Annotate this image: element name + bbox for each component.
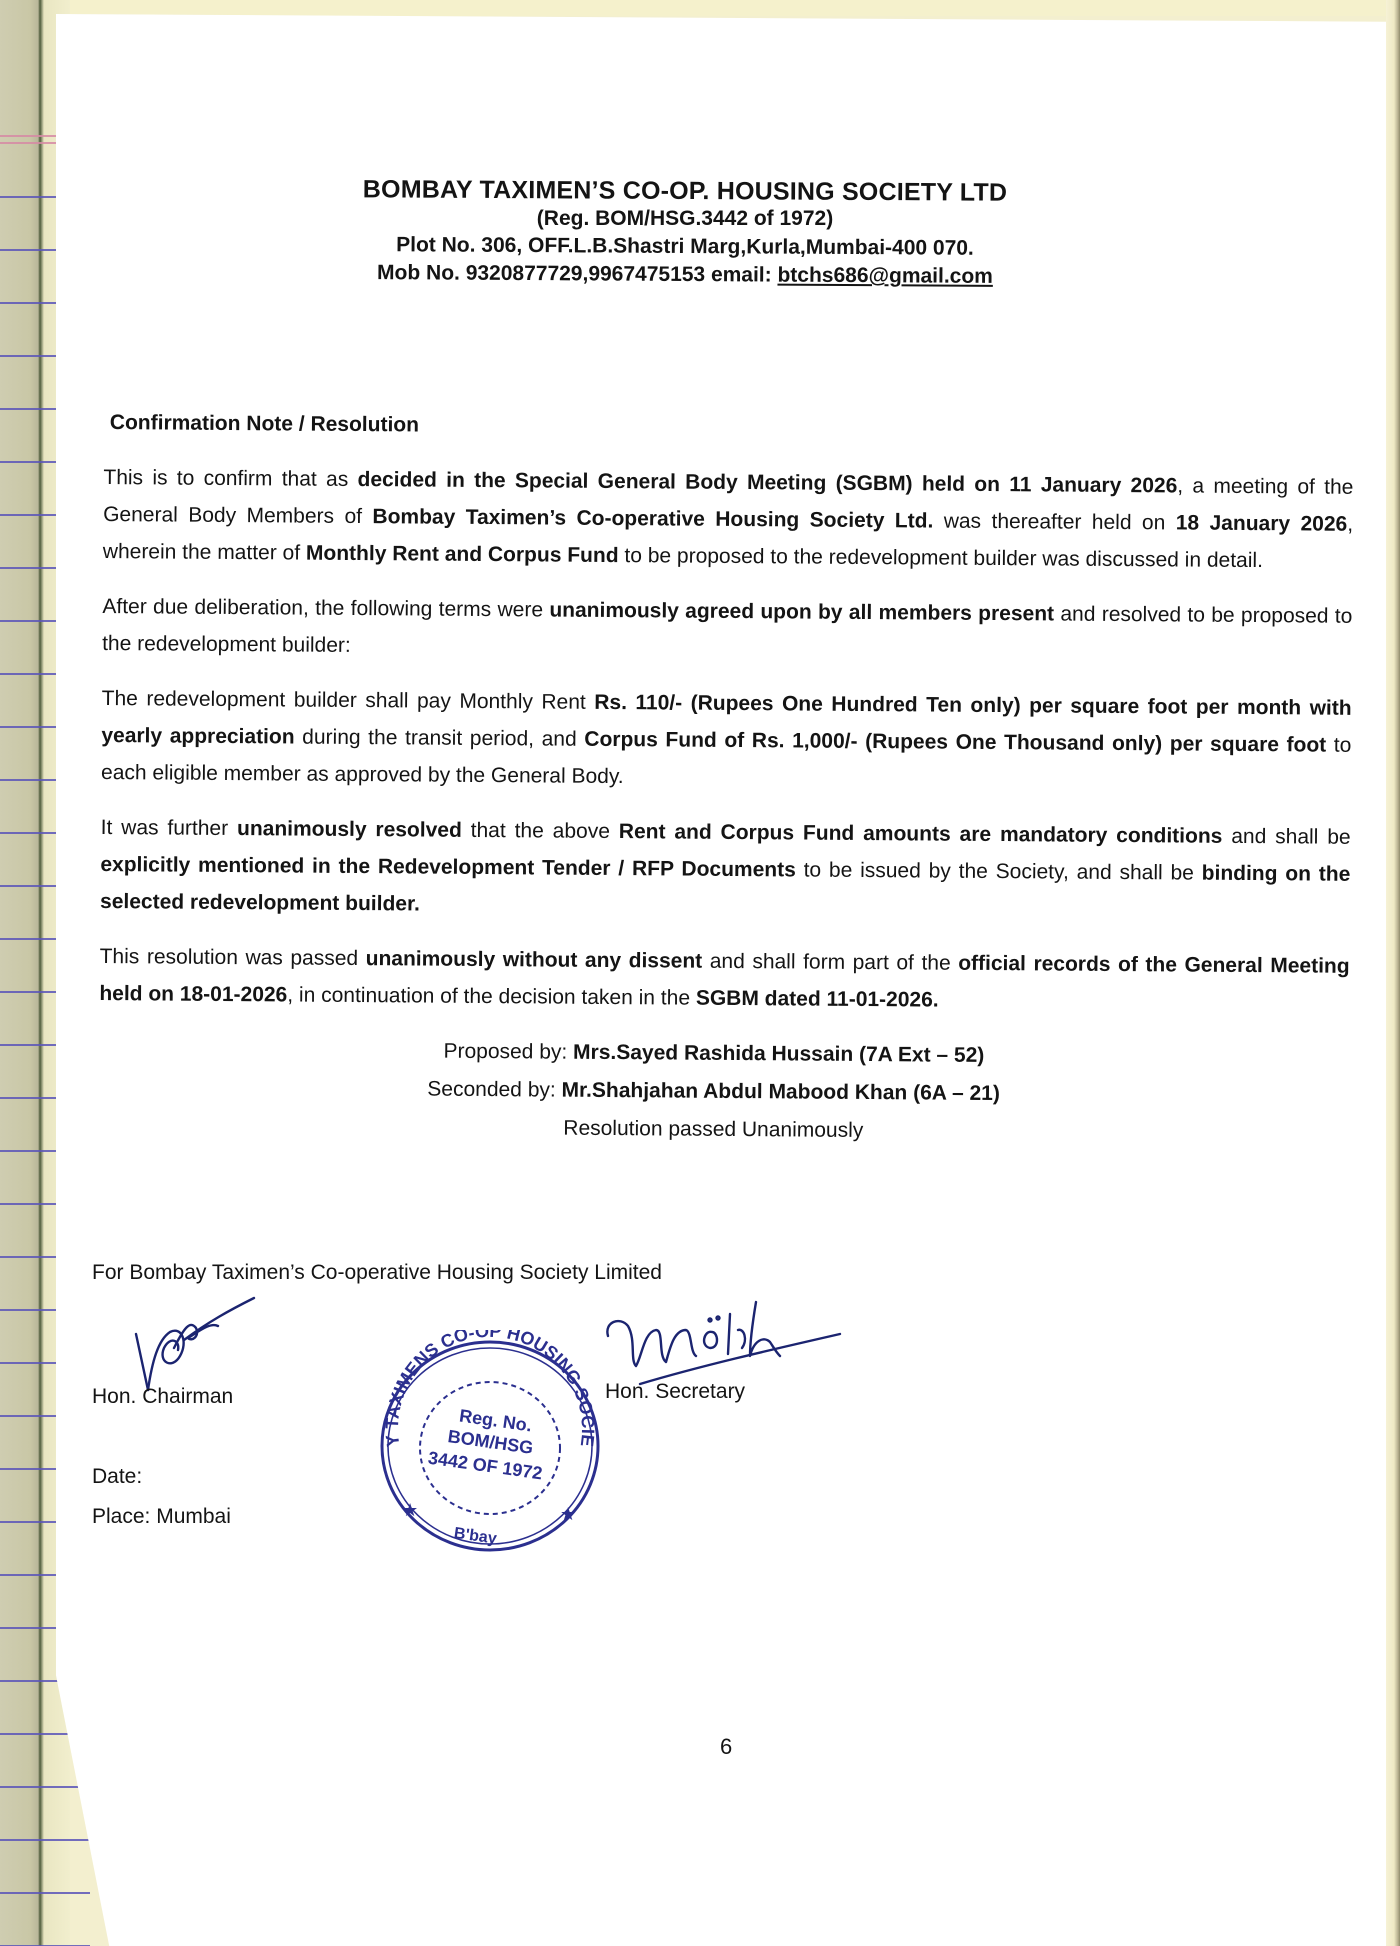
phone-numbers: Mob No. 9320877729,9967475153 email:	[377, 261, 778, 286]
notebook-ruled-line	[0, 1892, 90, 1894]
resolution-paragraphs: This is to confirm that as decided in th…	[99, 459, 1353, 1022]
letterhead: BOMBAY TAXIMEN’S CO-OP. HOUSING SOCIETY …	[0, 176, 1400, 289]
closing-line: For Bombay Taximen’s Co-operative Housin…	[92, 1258, 662, 1288]
signers-block: Proposed by: Mrs.Sayed Rashida Hussain (…	[88, 1030, 1339, 1154]
notebook-ruled-line	[0, 1786, 90, 1788]
resolution-paragraph: It was further unanimously resolved that…	[100, 809, 1351, 930]
society-stamp: BOMBAY TAXIMENS CO-OP HOUSING SOCIETY LT…	[370, 1330, 610, 1560]
resolution-body: Confirmation Note / Resolution This is t…	[98, 404, 1354, 1154]
email-link[interactable]: btchs686@gmail.com	[777, 264, 993, 288]
proposed-by-name: Mrs.Sayed Rashida Hussain (7A Ext – 52)	[573, 1041, 984, 1067]
notebook-ruled-line	[0, 1839, 90, 1841]
resolution-paragraph: After due deliberation, the following te…	[102, 588, 1353, 672]
seconded-by-label: Seconded by:	[427, 1078, 561, 1102]
stamp-star-right: ★	[560, 1504, 576, 1524]
resolution-paragraph: The redevelopment builder shall pay Mont…	[101, 680, 1352, 801]
resolution-paragraph: This resolution was passed unanimously w…	[99, 938, 1350, 1022]
stamp-star-left: ★	[402, 1500, 418, 1520]
date-label: Date:	[92, 1465, 142, 1489]
organization-name: BOMBAY TAXIMEN’S CO-OP. HOUSING SOCIETY …	[0, 172, 1385, 209]
page-number: 6	[720, 1734, 732, 1760]
place-label: Place: Mumbai	[92, 1505, 231, 1529]
secretary-label: Hon. Secretary	[605, 1380, 745, 1404]
paper-top-edge	[0, 0, 1400, 16]
paper-right-edge	[1386, 0, 1400, 1946]
seconded-by-name: Mr.Shahjahan Abdul Mabood Khan (6A – 21)	[562, 1079, 1000, 1105]
chairman-label: Hon. Chairman	[92, 1385, 233, 1409]
proposed-by-label: Proposed by:	[443, 1040, 573, 1064]
secretary-signature	[600, 1296, 850, 1386]
resolution-paragraph: This is to confirm that as decided in th…	[103, 459, 1354, 580]
